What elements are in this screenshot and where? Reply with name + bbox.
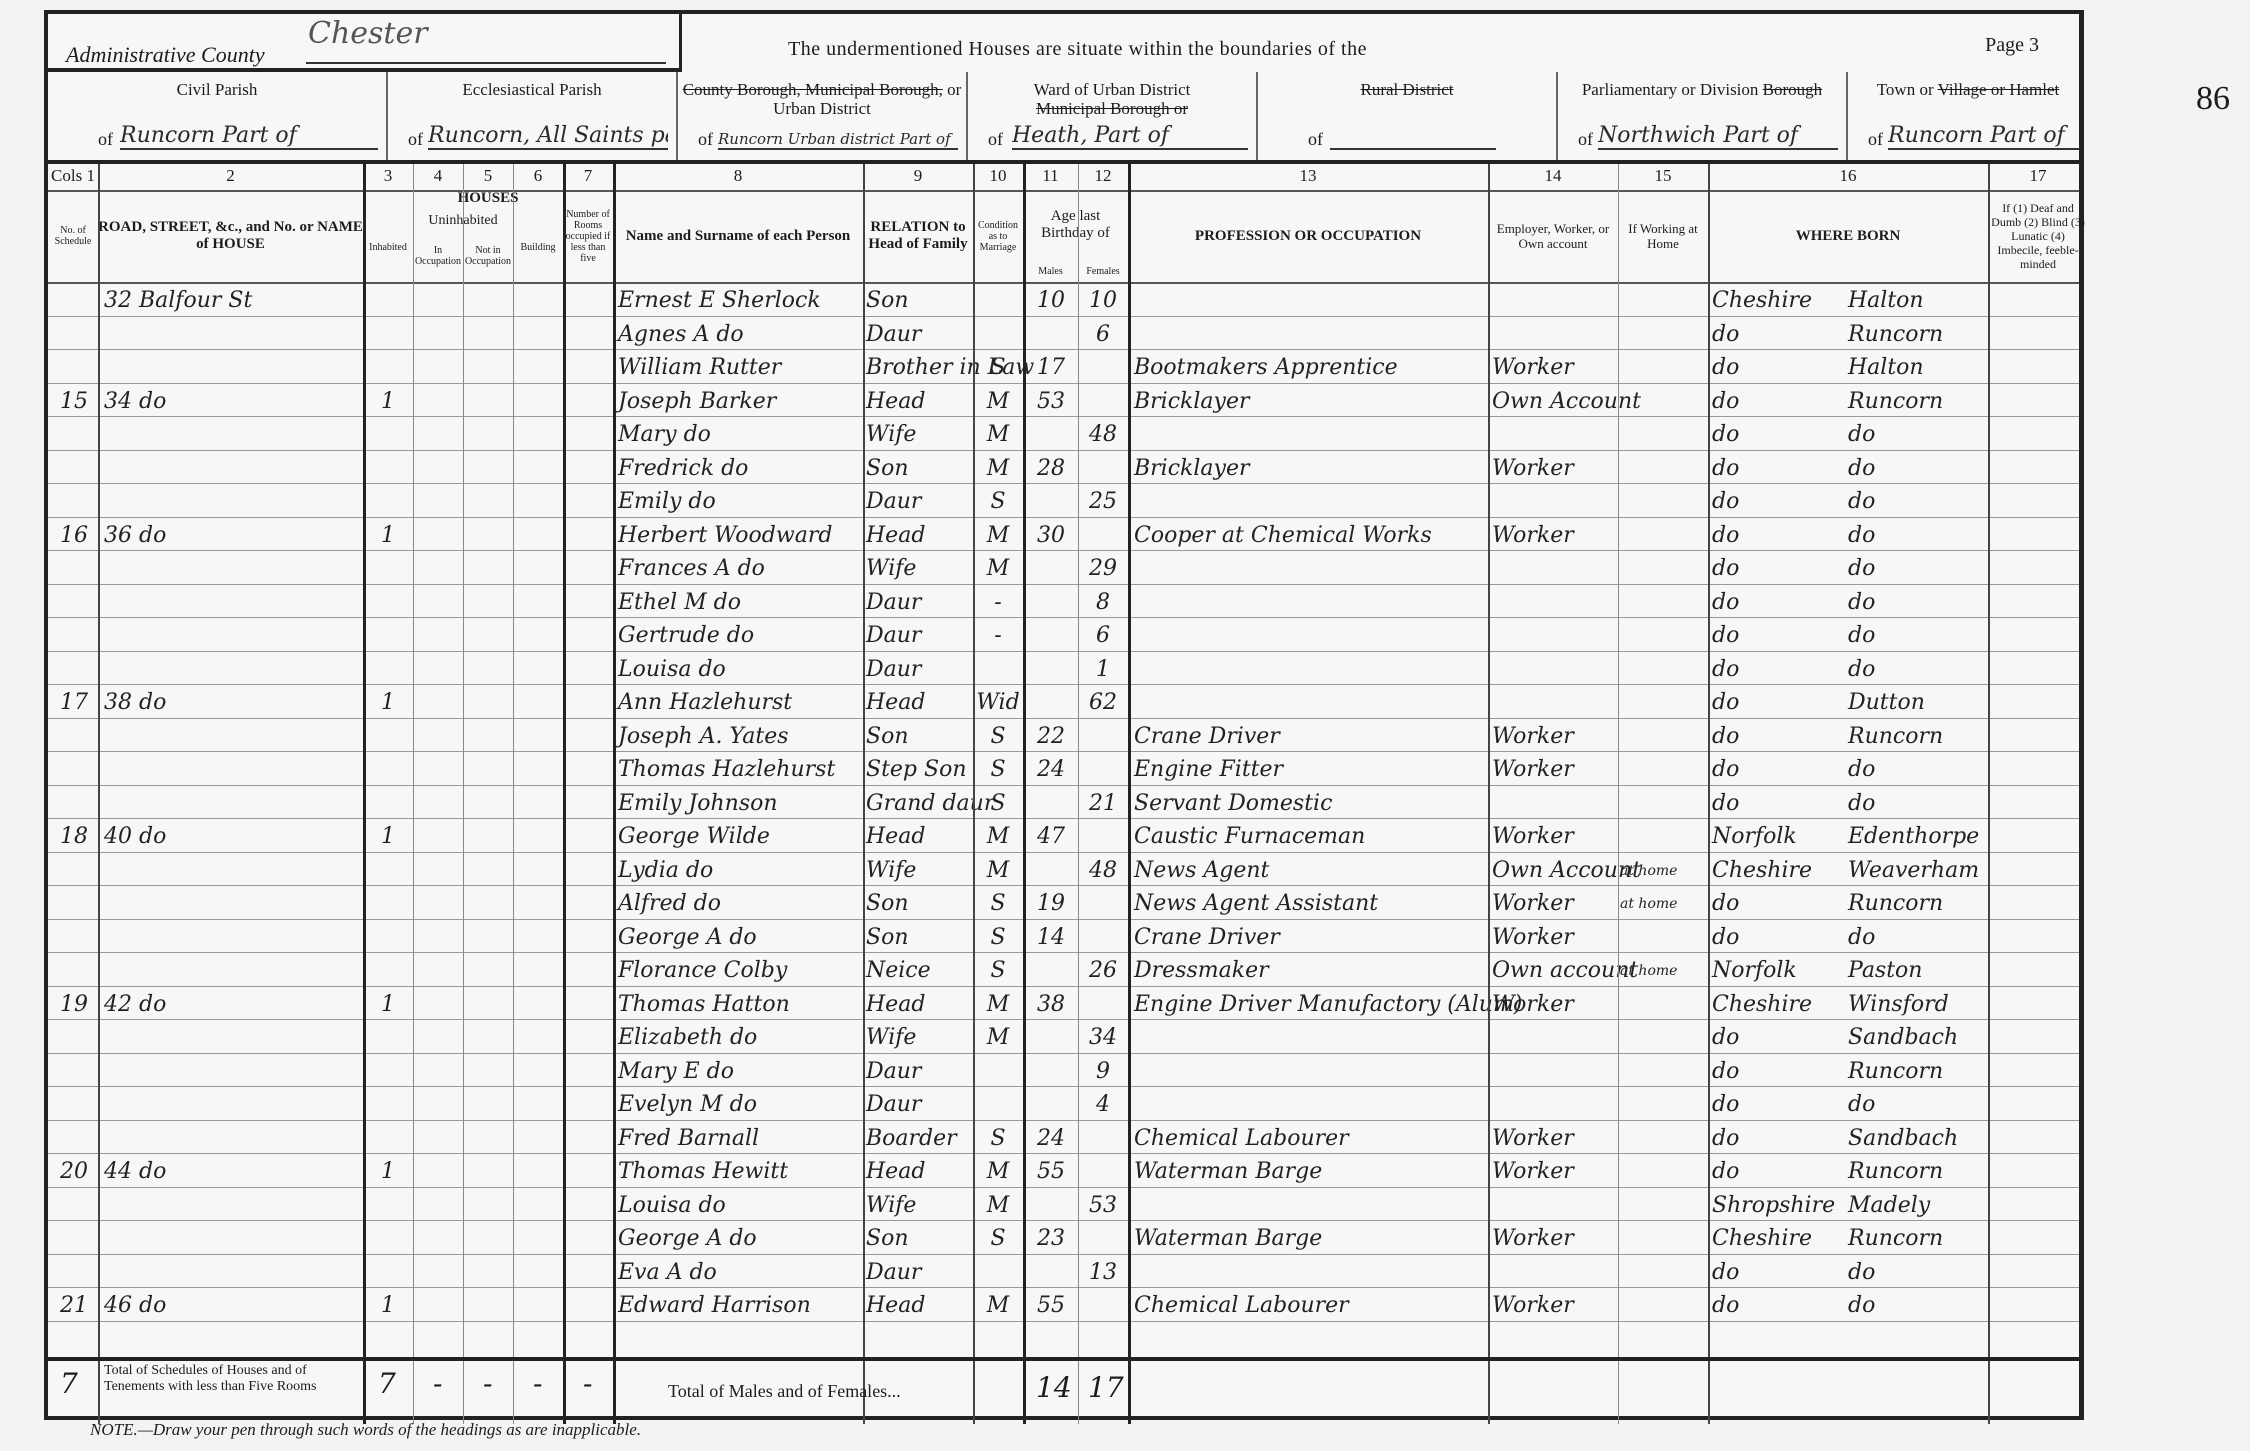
column-rule [1618, 164, 1619, 1424]
column-rule [863, 164, 865, 1424]
employer-cell: Worker [1492, 1153, 1616, 1186]
address-cell [104, 1187, 359, 1220]
female-age-cell [1080, 1220, 1126, 1253]
schedule-cell [52, 1019, 96, 1052]
schedule-cell: 18 [52, 818, 96, 851]
column-rule [463, 164, 464, 1424]
column-rule [1708, 164, 1710, 1424]
condition-cell: M [975, 550, 1021, 583]
born-place-cell: Runcorn [1848, 1220, 1986, 1253]
born-county-cell: do [1712, 483, 1842, 516]
schedule-cell: 16 [52, 517, 96, 550]
name-cell: Emily Johnson [618, 785, 863, 818]
table-row: 1636 do1Herbert WoodwardHeadM30Cooper at… [48, 517, 2079, 552]
male-age-cell [1026, 785, 1076, 818]
occupation-cell [1134, 1086, 1484, 1119]
female-age-cell: 48 [1080, 416, 1126, 449]
employer-cell: Own Account [1492, 383, 1616, 416]
employer-cell [1492, 617, 1616, 650]
inhabited-cell [366, 785, 410, 818]
table-row: Agnes A doDaur6doRuncorn [48, 316, 2079, 351]
inhabited-cell [366, 885, 410, 918]
table-row: Gertrude doDaur-6dodo [48, 617, 2079, 652]
header-employer: Employer, Worker, or Own account [1488, 190, 1618, 282]
table-row: Emily doDaurS25dodo [48, 483, 2079, 518]
address-cell: 36 do [104, 517, 359, 550]
relation-cell: Wife [866, 1019, 971, 1052]
header-not-in-occupation: Not in Occupation [463, 230, 513, 282]
name-cell: Ethel M do [618, 584, 863, 617]
inhabited-cell [366, 1220, 410, 1253]
condition-cell [975, 1086, 1021, 1119]
at-home-cell [1620, 1187, 1706, 1220]
address-cell: 46 do [104, 1287, 359, 1320]
at-home-cell [1620, 383, 1706, 416]
born-place-cell: Sandbach [1848, 1019, 1986, 1052]
name-cell: Alfred do [618, 885, 863, 918]
name-cell: Florance Colby [618, 952, 863, 985]
administrative-county-box: Administrative County Chester [48, 14, 682, 72]
condition-cell: M [975, 1187, 1021, 1220]
at-home-cell: at home [1620, 852, 1706, 885]
male-age-cell: 55 [1026, 1287, 1076, 1320]
schedule-cell: 21 [52, 1287, 96, 1320]
born-county-cell: do [1712, 1120, 1842, 1153]
relation-cell: Daur [866, 316, 971, 349]
administrative-county-value: Chester [308, 16, 428, 51]
inhabited-cell [366, 349, 410, 382]
col-number: 15 [1618, 166, 1708, 186]
table-row: Mary doWifeM48dodo [48, 416, 2079, 451]
relation-cell: Daur [866, 584, 971, 617]
schedule-cell [52, 751, 96, 784]
header-inhabited: Inhabited [363, 212, 413, 282]
male-age-cell [1026, 617, 1076, 650]
schedule-cell: 17 [52, 684, 96, 717]
employer-cell [1492, 1187, 1616, 1220]
condition-cell: S [975, 919, 1021, 952]
condition-cell: S [975, 483, 1021, 516]
condition-cell: M [975, 1019, 1021, 1052]
at-home-cell [1620, 617, 1706, 650]
schedule-cell [52, 1254, 96, 1287]
born-place-cell: Madely [1848, 1187, 1986, 1220]
table-row: William RutterBrother in LawS17Bootmaker… [48, 349, 2079, 384]
employer-cell [1492, 785, 1616, 818]
table-row: Florance ColbyNeiceS26DressmakerOwn acco… [48, 952, 2079, 987]
male-age-cell: 24 [1026, 751, 1076, 784]
born-county-cell: Cheshire [1712, 1220, 1842, 1253]
name-cell: Joseph Barker [618, 383, 863, 416]
address-cell [104, 617, 359, 650]
female-age-cell: 9 [1080, 1053, 1126, 1086]
at-home-cell [1620, 684, 1706, 717]
table-row: Mary E doDaur9doRuncorn [48, 1053, 2079, 1088]
header-infirmity: If (1) Deaf and Dumb (2) Blind (3) Lunat… [1988, 190, 2088, 282]
name-cell: Joseph A. Yates [618, 718, 863, 751]
column-rule [563, 164, 566, 1424]
male-age-cell: 10 [1026, 282, 1076, 315]
at-home-cell [1620, 919, 1706, 952]
header-rooms: Number of Rooms occupied if less than fi… [563, 190, 613, 282]
table-row: Evelyn M doDaur4dodo [48, 1086, 2079, 1121]
relation-cell: Head [866, 818, 971, 851]
employer-cell: Worker [1492, 885, 1616, 918]
schedule-cell [52, 852, 96, 885]
name-cell: Fred Barnall [618, 1120, 863, 1153]
female-age-cell [1080, 885, 1126, 918]
occupation-cell [1134, 617, 1484, 650]
born-place-cell: Edenthorpe [1848, 818, 1986, 851]
born-place-cell: Dutton [1848, 684, 1986, 717]
born-place-cell: Sandbach [1848, 1120, 1986, 1153]
area-value: Northwich Part of [1598, 123, 1838, 150]
occupation-cell [1134, 584, 1484, 617]
page-number: Page 3 [1985, 34, 2039, 57]
inhabited-cell [366, 282, 410, 315]
total-schedules-label: Total of Schedules of Houses and of Tene… [104, 1363, 354, 1395]
header-where-born: WHERE BORN [1708, 190, 1988, 282]
female-age-cell [1080, 1153, 1126, 1186]
of-label: of [1308, 129, 1323, 150]
relation-cell: Son [866, 885, 971, 918]
schedule-cell [52, 416, 96, 449]
folio-number: 86 [2196, 80, 2230, 118]
schedule-cell [52, 584, 96, 617]
at-home-cell [1620, 1019, 1706, 1052]
address-cell [104, 584, 359, 617]
born-place-cell: do [1848, 1287, 1986, 1320]
header-males: Males [1023, 260, 1078, 282]
name-cell: Herbert Woodward [618, 517, 863, 550]
inhabited-cell: 1 [366, 383, 410, 416]
table-row: Louisa doDaur1dodo [48, 651, 2079, 686]
inhabited-cell [366, 651, 410, 684]
schedule-cell [52, 1220, 96, 1253]
female-age-cell [1080, 383, 1126, 416]
area-value: Heath, Part of [1012, 123, 1248, 150]
born-county-cell: Cheshire [1712, 852, 1842, 885]
born-county-cell: do [1712, 383, 1842, 416]
born-place-cell: do [1848, 651, 1986, 684]
header-schedule: No. of Schedule [48, 190, 98, 282]
condition-cell: S [975, 349, 1021, 382]
condition-cell: M [975, 517, 1021, 550]
table-row: 2146 do1Edward HarrisonHeadM55Chemical L… [48, 1287, 2079, 1322]
born-place-cell: do [1848, 1086, 1986, 1119]
col-number: 8 [613, 166, 863, 186]
header-condition: Condition as to Marriage [973, 190, 1023, 282]
condition-cell [975, 1053, 1021, 1086]
area-rural-district: Rural District of [1258, 72, 1558, 160]
female-age-cell: 13 [1080, 1254, 1126, 1287]
condition-cell: S [975, 785, 1021, 818]
female-age-cell [1080, 751, 1126, 784]
at-home-cell [1620, 584, 1706, 617]
address-cell: 40 do [104, 818, 359, 851]
male-age-cell: 24 [1026, 1120, 1076, 1153]
male-age-cell [1026, 1086, 1076, 1119]
born-place-cell: Weaverham [1848, 852, 1986, 885]
address-cell [104, 316, 359, 349]
employer-cell: Worker [1492, 1120, 1616, 1153]
relation-cell: Daur [866, 1053, 971, 1086]
schedule-cell [52, 1086, 96, 1119]
table-row: 1534 do1Joseph BarkerHeadM53BricklayerOw… [48, 383, 2079, 418]
column-rule [613, 164, 616, 1424]
occupation-cell: Chemical Labourer [1134, 1120, 1484, 1153]
total-males-females-label: Total of Males and of Females... [668, 1383, 901, 1399]
schedule-cell [52, 316, 96, 349]
at-home-cell: at home [1620, 952, 1706, 985]
at-home-cell [1620, 1086, 1706, 1119]
inhabited-cell [366, 1187, 410, 1220]
schedule-cell [52, 651, 96, 684]
name-cell: Evelyn M do [618, 1086, 863, 1119]
male-age-cell: 53 [1026, 383, 1076, 416]
header-in-occupation: In Occupation [413, 230, 463, 282]
born-county-cell: Norfolk [1712, 818, 1842, 851]
header-age: Age last Birthday of [1023, 190, 1128, 260]
born-place-cell: do [1848, 1254, 1986, 1287]
inhabited-cell: 1 [366, 818, 410, 851]
at-home-cell [1620, 1220, 1706, 1253]
column-rule [1078, 164, 1079, 1424]
area-title-struck: Municipal Borough or [1036, 99, 1188, 118]
employer-cell [1492, 483, 1616, 516]
born-place-cell: Runcorn [1848, 383, 1986, 416]
female-age-cell: 1 [1080, 651, 1126, 684]
born-place-cell: Runcorn [1848, 1053, 1986, 1086]
area-value: Runcorn Urban district Part of [718, 130, 958, 150]
address-cell [104, 1086, 359, 1119]
born-county-cell: Shropshire [1712, 1187, 1842, 1220]
relation-cell: Wife [866, 550, 971, 583]
condition-cell: M [975, 852, 1021, 885]
relation-cell: Grand daur [866, 785, 971, 818]
born-county-cell: do [1712, 1086, 1842, 1119]
area-title: Town or [1877, 80, 1934, 99]
table-row: Alfred doSonS19News Agent AssistantWorke… [48, 885, 2079, 920]
schedule-cell [52, 617, 96, 650]
total-col4: - [433, 1367, 442, 1400]
column-rule [513, 164, 514, 1424]
column-rule [98, 164, 100, 1424]
employer-cell: Worker [1492, 751, 1616, 784]
male-age-cell: 47 [1026, 818, 1076, 851]
at-home-cell [1620, 1287, 1706, 1320]
address-cell [104, 919, 359, 952]
occupation-cell: Waterman Barge [1134, 1220, 1484, 1253]
column-rule [363, 164, 366, 1424]
address-cell [104, 852, 359, 885]
relation-cell: Son [866, 718, 971, 751]
schedule-cell [52, 885, 96, 918]
name-cell: Emily do [618, 483, 863, 516]
name-cell: George A do [618, 919, 863, 952]
born-county-cell: do [1712, 718, 1842, 751]
address-cell: 32 Balfour St [104, 282, 359, 315]
table-row: Louisa doWifeM53ShropshireMadely [48, 1187, 2079, 1222]
at-home-cell [1620, 986, 1706, 1019]
address-cell: 38 do [104, 684, 359, 717]
col-number: 16 [1708, 166, 1988, 186]
inhabited-cell [366, 550, 410, 583]
name-cell: Elizabeth do [618, 1019, 863, 1052]
born-county-cell: do [1712, 1019, 1842, 1052]
header-relation: RELATION to Head of Family [863, 190, 973, 282]
born-place-cell: Runcorn [1848, 718, 1986, 751]
name-cell: Thomas Hatton [618, 986, 863, 1019]
occupation-cell [1134, 684, 1484, 717]
born-county-cell: do [1712, 885, 1842, 918]
relation-cell: Daur [866, 617, 971, 650]
address-cell [104, 550, 359, 583]
area-value: Runcorn, All Saints part of [428, 123, 668, 150]
born-county-cell: do [1712, 517, 1842, 550]
address-cell [104, 1254, 359, 1287]
column-rule [973, 164, 975, 1424]
born-place-cell: do [1848, 785, 1986, 818]
inhabited-cell: 1 [366, 1153, 410, 1186]
inhabited-cell [366, 617, 410, 650]
schedule-cell [52, 1120, 96, 1153]
address-cell [104, 785, 359, 818]
name-cell: Eva A do [618, 1254, 863, 1287]
schedule-cell [52, 952, 96, 985]
employer-cell: Own Account [1492, 852, 1616, 885]
male-age-cell: 28 [1026, 450, 1076, 483]
total-schedules: 7 [60, 1367, 78, 1400]
name-cell: George A do [618, 1220, 863, 1253]
male-age-cell: 22 [1026, 718, 1076, 751]
of-label: of [1868, 129, 1883, 150]
table-row: Elizabeth doWifeM34doSandbach [48, 1019, 2079, 1054]
inhabited-cell [366, 1086, 410, 1119]
inhabited-cell: 1 [366, 1287, 410, 1320]
relation-cell: Head [866, 986, 971, 1019]
employer-cell: Worker [1492, 517, 1616, 550]
employer-cell: Own account [1492, 952, 1616, 985]
name-cell: Louisa do [618, 651, 863, 684]
area-boundaries: Civil Parish of Runcorn Part of Ecclesia… [48, 72, 2079, 164]
occupation-cell [1134, 1053, 1484, 1086]
male-age-cell [1026, 1053, 1076, 1086]
table-row: Joseph A. YatesSonS22Crane DriverWorkerd… [48, 718, 2079, 753]
condition-cell: M [975, 450, 1021, 483]
table-row: Emily JohnsonGrand daurS21Servant Domest… [48, 785, 2079, 820]
inhabited-cell [366, 416, 410, 449]
female-age-cell [1080, 718, 1126, 751]
inhabited-cell [366, 1120, 410, 1153]
employer-cell: Worker [1492, 1287, 1616, 1320]
female-age-cell: 62 [1080, 684, 1126, 717]
address-cell [104, 416, 359, 449]
relation-cell: Daur [866, 1254, 971, 1287]
address-cell: 34 do [104, 383, 359, 416]
born-place-cell: Halton [1848, 282, 1986, 315]
col-number: 2 [98, 166, 363, 186]
table-row: Lydia doWifeM48News AgentOwn Accountat h… [48, 852, 2079, 887]
female-age-cell [1080, 919, 1126, 952]
condition-cell: S [975, 718, 1021, 751]
female-age-cell [1080, 450, 1126, 483]
at-home-cell: at home [1620, 885, 1706, 918]
name-cell: Thomas Hewitt [618, 1153, 863, 1186]
born-county-cell: Norfolk [1712, 952, 1842, 985]
employer-cell [1492, 584, 1616, 617]
condition-cell: M [975, 383, 1021, 416]
employer-cell: Worker [1492, 986, 1616, 1019]
name-cell: William Rutter [618, 349, 863, 382]
born-county-cell: do [1712, 1053, 1842, 1086]
employer-cell [1492, 282, 1616, 315]
inhabited-cell [366, 483, 410, 516]
total-col5: - [483, 1367, 492, 1400]
schedule-cell [52, 1187, 96, 1220]
male-age-cell: 23 [1026, 1220, 1076, 1253]
employer-cell [1492, 651, 1616, 684]
admin-underline [306, 62, 666, 64]
condition-cell [975, 282, 1021, 315]
employer-cell: Worker [1492, 450, 1616, 483]
occupation-cell: Cooper at Chemical Works [1134, 517, 1484, 550]
female-age-cell [1080, 818, 1126, 851]
born-place-cell: do [1848, 617, 1986, 650]
table-row: George A doSonS14Crane DriverWorkerdodo [48, 919, 2079, 954]
occupation-cell: Caustic Furnaceman [1134, 818, 1484, 851]
condition-cell: S [975, 751, 1021, 784]
table-row: Fred BarnallBoarderS24Chemical LabourerW… [48, 1120, 2079, 1155]
employer-cell [1492, 1019, 1616, 1052]
condition-cell: S [975, 885, 1021, 918]
born-place-cell: Runcorn [1848, 885, 1986, 918]
name-cell: Thomas Hazlehurst [618, 751, 863, 784]
footnote: NOTE.—Draw your pen through such words o… [90, 1420, 641, 1440]
born-place-cell: Runcorn [1848, 1153, 1986, 1186]
address-cell [104, 1220, 359, 1253]
schedule-cell: 15 [52, 383, 96, 416]
occupation-cell [1134, 1187, 1484, 1220]
col-number: 5 [463, 166, 513, 186]
address-cell: 44 do [104, 1153, 359, 1186]
occupation-cell: News Agent Assistant [1134, 885, 1484, 918]
schedule-cell [52, 785, 96, 818]
born-county-cell: do [1712, 416, 1842, 449]
boundary-title: The undermentioned Houses are situate wi… [788, 38, 1367, 61]
col-number: 17 [1988, 166, 2088, 186]
name-cell: Ernest E Sherlock [618, 282, 863, 315]
area-value: Runcorn Part of [120, 123, 378, 150]
address-cell [104, 450, 359, 483]
female-age-cell [1080, 349, 1126, 382]
table-row: Fredrick doSonM28BricklayerWorkerdodo [48, 450, 2079, 485]
female-age-cell: 8 [1080, 584, 1126, 617]
census-sheet: Administrative County Chester The underm… [44, 10, 2084, 1420]
area-civil-parish: Civil Parish of Runcorn Part of [48, 72, 388, 160]
address-cell [104, 1019, 359, 1052]
condition-cell [975, 1254, 1021, 1287]
name-cell: Mary do [618, 416, 863, 449]
condition-cell: M [975, 986, 1021, 1019]
born-county-cell: Cheshire [1712, 986, 1842, 1019]
born-county-cell: do [1712, 751, 1842, 784]
born-county-cell: do [1712, 651, 1842, 684]
relation-cell: Brother in Law [866, 349, 971, 382]
born-county-cell: Cheshire [1712, 282, 1842, 315]
relation-cell: Son [866, 1220, 971, 1253]
born-place-cell: do [1848, 584, 1986, 617]
